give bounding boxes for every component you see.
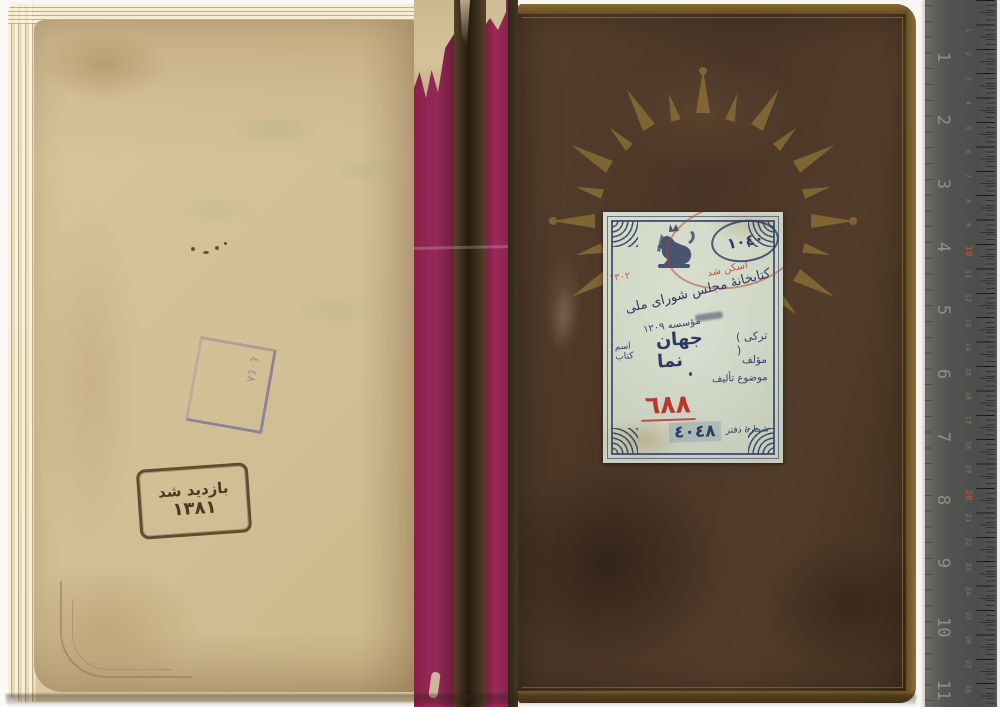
title-field-label: اسم کتاب bbox=[614, 340, 650, 362]
ruler-inch-number: 6 bbox=[933, 364, 953, 384]
ruler-inch-number: 1 bbox=[933, 47, 953, 67]
ruler-cm-number: 24 bbox=[964, 584, 972, 598]
ruler-inch-number: 4 bbox=[933, 237, 953, 257]
ruler-inch-number: 9 bbox=[933, 553, 953, 573]
book-spine bbox=[414, 0, 518, 707]
shelf-number-red: ٦٨٨ bbox=[640, 389, 695, 422]
ruler-inch-number: 2 bbox=[933, 110, 953, 130]
blue-stamp-faint-text: ٤٠٤٨ bbox=[244, 356, 262, 384]
ruler-cm-number: 6 bbox=[964, 145, 972, 159]
ruler-cm-number: 15 bbox=[964, 365, 972, 379]
ruler-cm-number: 7 bbox=[964, 169, 972, 183]
subject-field-label: موضوع تألیف bbox=[712, 372, 768, 385]
ruler-cm-number: 21 bbox=[964, 511, 972, 525]
ruler-cm-number: 19 bbox=[964, 462, 972, 476]
page-corner-crease bbox=[72, 599, 173, 670]
author-field-label: مؤلف bbox=[742, 354, 767, 366]
cover-edge bbox=[518, 4, 916, 14]
ruler-cm-number: 28 bbox=[964, 682, 972, 696]
ruler-inch-number: 5 bbox=[933, 300, 953, 320]
measuring-ruler: 1234567891011 12345678910111213141516171… bbox=[925, 0, 997, 707]
inspection-stamp-year: ١٣٨١ bbox=[172, 498, 217, 522]
ruler-cm-number: 17 bbox=[964, 413, 972, 427]
book-shadow bbox=[6, 694, 916, 704]
register-field-label: شمارهٔ دفتر bbox=[725, 424, 769, 436]
ruler-inch-number: 3 bbox=[933, 174, 953, 194]
scanner-bed-edge bbox=[0, 0, 8, 707]
ruler-cm-number: 14 bbox=[964, 340, 972, 354]
blue-registry-stamp: ٤٠٤٨ bbox=[185, 336, 277, 434]
ruler-cm-number: 23 bbox=[964, 560, 972, 574]
ruler-inch-number: 7 bbox=[933, 427, 953, 447]
ruler-cm-number: 27 bbox=[964, 657, 972, 671]
ruler-cm-number: 11 bbox=[964, 267, 972, 281]
spine-cloth-right bbox=[486, 0, 508, 707]
ruler-cm-ticks bbox=[976, 0, 995, 707]
ruler-inch-number: 10 bbox=[933, 617, 953, 637]
ruler-cm-number: 2 bbox=[964, 47, 972, 61]
ruler-cm-number: 4 bbox=[964, 96, 972, 110]
ruler-cm-number: 22 bbox=[964, 535, 972, 549]
register-number: ٤٠٤٨ bbox=[669, 421, 721, 443]
library-label: ١٠٤٠ اسکن شد ١٣٠٢ کتابخانهٔ مجلس شورای م… bbox=[603, 212, 783, 463]
ink-dot bbox=[689, 372, 692, 376]
spine-gutter bbox=[454, 0, 486, 707]
label-corner-ornament bbox=[612, 221, 638, 247]
ruler-inch-number: 8 bbox=[933, 490, 953, 510]
ruler-cm-number: 3 bbox=[964, 72, 972, 86]
ruler-inch-ticks bbox=[925, 5, 932, 707]
ruler-cm-number: 16 bbox=[964, 389, 972, 403]
inspection-stamp: بازدید شد ١٣٨١ bbox=[136, 462, 253, 540]
ruler-cm-number: 8 bbox=[964, 194, 972, 208]
ruler-cm-number: 20 bbox=[963, 488, 973, 502]
registry-number: ١٠٤٠ bbox=[725, 229, 764, 253]
cover-edge bbox=[906, 4, 916, 703]
ruler-cm-number: 1 bbox=[964, 23, 972, 37]
ruler-cm-number: 26 bbox=[964, 633, 972, 647]
ruler-cm-number: 18 bbox=[964, 438, 972, 452]
spine-cloth-left bbox=[414, 0, 454, 707]
book-title: جهان نما bbox=[655, 326, 731, 373]
ruler-cm-number: 13 bbox=[964, 316, 972, 330]
manuscript-scan-photo: ٤٠٤٨ بازدید شد ١٣٨١ bbox=[0, 0, 1000, 707]
ruler-inch-number: 11 bbox=[933, 680, 953, 700]
ruler-cm-number: 5 bbox=[964, 121, 972, 135]
ruler-cm-number: 10 bbox=[963, 244, 973, 258]
spine-cover-joint bbox=[508, 0, 518, 707]
ruler-cm-number: 9 bbox=[964, 218, 972, 232]
ruler-cm-number: 25 bbox=[964, 609, 972, 623]
ruler-cm-number: 12 bbox=[964, 291, 972, 305]
book-title-note: ( ترکی ) bbox=[736, 329, 774, 357]
